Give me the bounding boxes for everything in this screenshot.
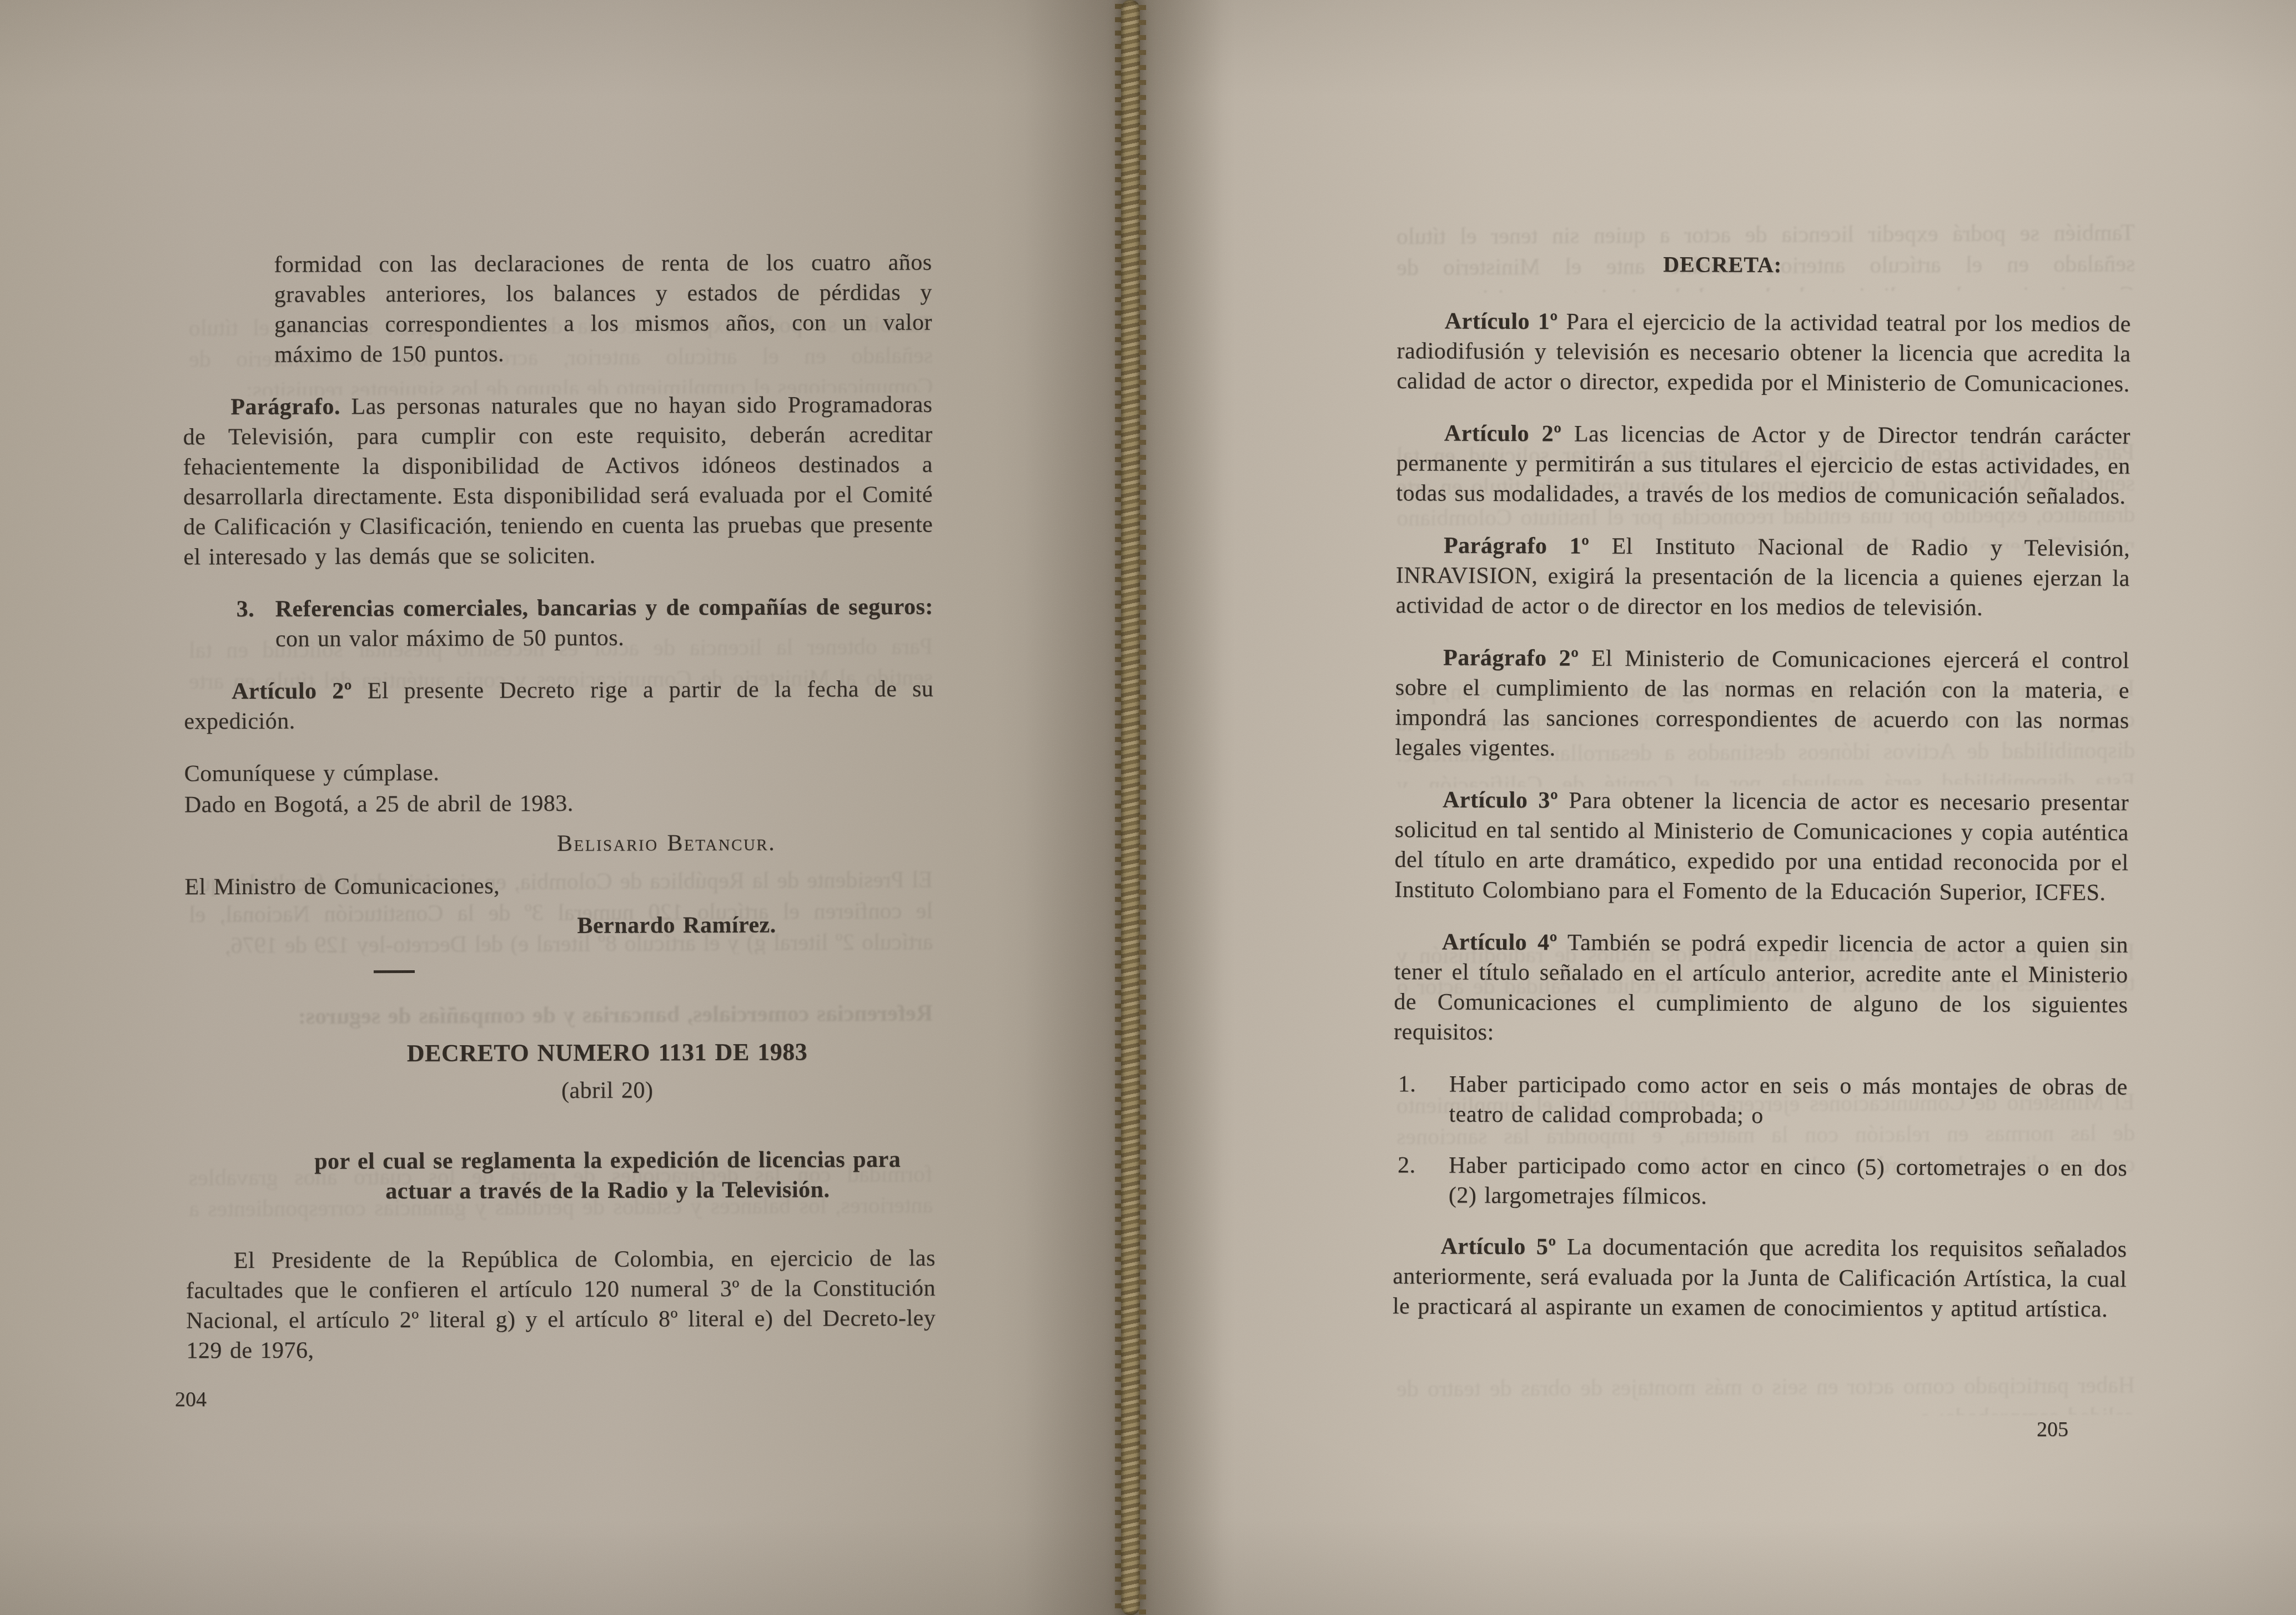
page-number-205: 205 xyxy=(2037,1417,2068,1442)
articulo-1-paragraph: Artículo 1º Para el ejercicio de la acti… xyxy=(1396,306,2131,399)
right-page-text-column: DECRETA: Artículo 1º Para el ejercicio d… xyxy=(1393,248,2132,1347)
preamble-paragraph: El Presidente de la República de Colombi… xyxy=(186,1243,936,1366)
articulo-5-label: Artículo 5º xyxy=(1440,1233,1556,1260)
list-item-body: con un valor máximo de 50 puntos. xyxy=(275,625,624,652)
continuation-paragraph: formidad con las declaraciones de renta … xyxy=(274,248,932,370)
articulo-2-label: Artículo 2º xyxy=(232,678,352,704)
list-item-number: 3. xyxy=(237,594,275,654)
list-item-text: Referencias comerciales, bancarias y de … xyxy=(275,592,933,654)
left-page: También se podrá expedir licencia de act… xyxy=(0,0,1130,1615)
articulo-1-label: Artículo 1º xyxy=(1445,308,1558,334)
requisito-2-number: 2. xyxy=(1398,1150,1449,1210)
requisito-1-number: 1. xyxy=(1398,1069,1449,1129)
comuniquese-line: Comuníquese y cúmplase. xyxy=(184,756,934,789)
book-spread: También se podrá expedir licencia de act… xyxy=(0,0,2296,1615)
paragrafo-1-label: Parágrafo 1º xyxy=(1444,533,1590,559)
paragrafo-label: Parágrafo. xyxy=(230,394,340,420)
paragrafo-paragraph: Parágrafo. Las personas naturales que no… xyxy=(183,390,933,573)
left-page-text-column: formidad con las declaraciones de renta … xyxy=(182,248,936,1388)
articulo-4-paragraph: Artículo 4º También se podrá expedir lic… xyxy=(1394,927,2128,1050)
articulo-2-label: Artículo 2º xyxy=(1444,420,1562,447)
page-number-204: 204 xyxy=(175,1387,207,1412)
decree-subject: por el cual se reglamenta la expedición … xyxy=(283,1145,932,1207)
articulo-5-paragraph: Artículo 5º La documentación que acredit… xyxy=(1393,1231,2127,1325)
list-item-3: 3. Referencias comerciales, bancarias y … xyxy=(237,592,933,654)
articulo-4-label: Artículo 4º xyxy=(1442,929,1558,955)
ghost-showthrough-text: Haber participado como actor en seis o m… xyxy=(1396,1370,2135,1418)
dado-line: Dado en Bogotá, a 25 de abril de 1983. xyxy=(184,788,934,820)
articulo-2-paragraph: Artículo 2º El presente Decreto rige a p… xyxy=(184,674,933,737)
paragrafo-2-label: Parágrafo 2º xyxy=(1443,645,1579,671)
president-signature: Belisario Betancur. xyxy=(184,827,934,860)
paragrafo-1-paragraph: Parágrafo 1º El Instituto Nacional de Ra… xyxy=(1395,530,2130,624)
scanned-book-photo: { "colors":{"paper_left":"#b2a89b","pape… xyxy=(0,0,2296,1615)
binding-cord xyxy=(1114,0,1147,1615)
articulo-3-paragraph: Artículo 3º Para obtener la licencia de … xyxy=(1394,785,2129,908)
minister-line: El Ministro de Comunicaciones, xyxy=(184,870,934,902)
decree-date: (abril 20) xyxy=(233,1074,982,1107)
section-divider-rule xyxy=(374,970,415,973)
requisito-1-text: Haber participado como actor en seis o m… xyxy=(1449,1070,2127,1132)
requisito-1: 1. Haber participado como actor en seis … xyxy=(1398,1069,2127,1132)
articulo-2-paragraph: Artículo 2º Las licencias de Actor y de … xyxy=(1396,418,2131,511)
requisito-2: 2. Haber participado como actor en cinco… xyxy=(1398,1150,2127,1213)
decree-heading-group: DECRETO NUMERO 1131 DE 1983 (abril 20) p… xyxy=(232,1036,982,1207)
articulo-3-label: Artículo 3º xyxy=(1443,787,1558,813)
paragrafo-2-paragraph: Parágrafo 2º El Ministerio de Comunicaci… xyxy=(1395,643,2129,766)
decree-title: DECRETO NUMERO 1131 DE 1983 xyxy=(232,1036,982,1069)
minister-signature: Bernardo Ramírez. xyxy=(185,910,935,942)
decreta-heading: DECRETA: xyxy=(1355,248,2089,282)
binding-cord-twine xyxy=(1121,0,1140,1615)
list-item-lead: Referencias comerciales, bancarias y de … xyxy=(275,594,933,622)
right-page: También se podrá expedir licencia de act… xyxy=(1130,0,2296,1615)
binding-stitch-teeth xyxy=(1139,0,1146,1615)
requisito-2-text: Haber participado como actor en cinco (5… xyxy=(1449,1151,2127,1213)
